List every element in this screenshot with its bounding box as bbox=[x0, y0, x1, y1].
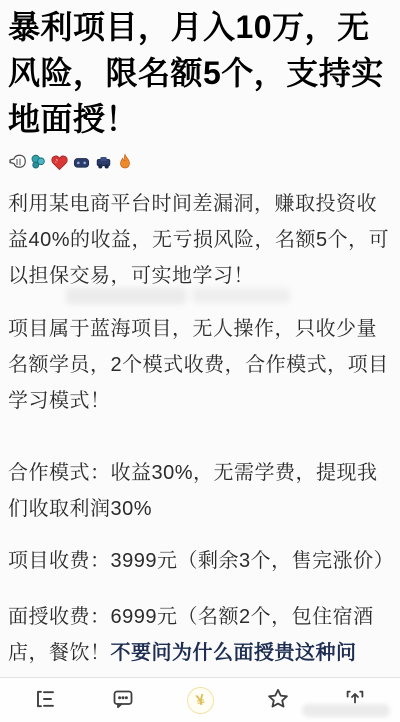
share-button[interactable] bbox=[338, 683, 372, 717]
bottom-toolbar: ¥ bbox=[0, 677, 400, 722]
gamepad-emoji bbox=[72, 153, 91, 172]
article-page: { "article": { "title": "暴利项目，月入10万，无风险，… bbox=[0, 0, 400, 722]
paragraph-4: 项目收费：3999元（剩余3个，售完涨价） bbox=[8, 543, 392, 579]
share-arrow-icon bbox=[343, 687, 367, 714]
contents-list-icon bbox=[33, 687, 57, 714]
reward-button[interactable]: ¥ bbox=[183, 683, 217, 717]
punch-hand-emoji bbox=[8, 153, 26, 171]
emoji-row bbox=[8, 152, 392, 172]
clover-emoji bbox=[29, 153, 47, 171]
reward-coin-icon: ¥ bbox=[184, 684, 216, 716]
paragraph-1: 利用某电商平台时间差漏洞，赚取投资收益40%的收益，无亏损风险，名额5个，可以担… bbox=[8, 186, 392, 294]
redacted-patch bbox=[192, 288, 290, 303]
article-body: 暴利项目，月入10万，无风险，限名额5个，支持实地面授！ bbox=[0, 0, 400, 707]
star-icon bbox=[265, 686, 291, 715]
redacted-patch bbox=[66, 288, 186, 304]
paragraph-3: 合作模式：收益30%，无需学费，提现我们收取利润30% bbox=[8, 455, 392, 527]
flame-emoji bbox=[116, 153, 134, 171]
tractor-emoji bbox=[94, 153, 113, 172]
sparkling-heart-emoji bbox=[50, 153, 69, 172]
redacted-blur bbox=[60, 288, 295, 305]
comment-button[interactable] bbox=[106, 683, 140, 717]
paragraph-2: 项目属于蓝海项目，无人操作，只收少量名额学员，2个模式收费，合作模式，项目学习模… bbox=[8, 311, 392, 419]
comment-bubble-icon bbox=[111, 687, 135, 714]
favorite-button[interactable] bbox=[261, 683, 295, 717]
contents-button[interactable] bbox=[28, 683, 62, 717]
article-title: 暴利项目，月入10万，无风险，限名额5个，支持实地面授！ bbox=[8, 4, 392, 142]
